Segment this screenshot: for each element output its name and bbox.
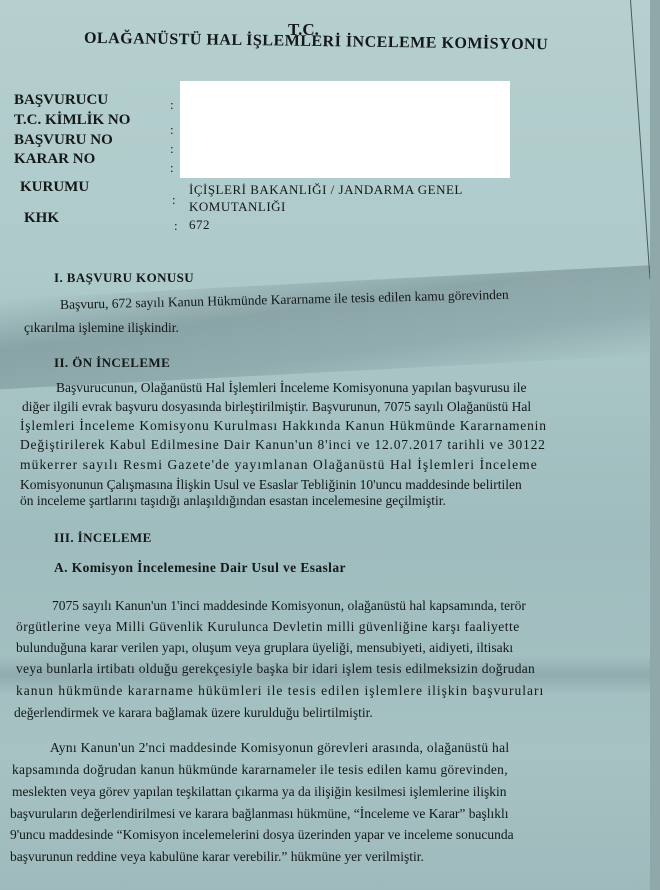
colon: :: [170, 141, 174, 157]
section-heading-3: III. İNCELEME: [54, 530, 152, 546]
field-label-tc-id: T.C. KİMLİK NO: [14, 112, 130, 129]
colon: :: [172, 192, 176, 208]
field-value-institution-line1: İÇİŞLERİ BAKANLIĞI / JANDARMA GENEL: [189, 182, 463, 198]
section-2-line: ön inceleme şartlarını taşıdığı anlaşıld…: [20, 493, 446, 509]
field-value-khk: 672: [189, 217, 210, 233]
redaction-box: [180, 81, 510, 178]
colon: :: [170, 122, 174, 138]
paragraph-2-line: 9'uncu maddesinde “Komisyon incelemeleri…: [10, 827, 514, 843]
section-2-line: mükerrer sayılı Resmi Gazete'de yayımlan…: [20, 457, 538, 473]
paper-edge: [630, 0, 651, 279]
colon: :: [170, 160, 174, 176]
paragraph-1-line: kanun hükmünde kararname hükümleri ile t…: [16, 683, 544, 699]
section-heading-1: I. BAŞVURU KONUSU: [54, 270, 194, 286]
colon: :: [174, 218, 178, 234]
section-2-line: İşlemleri İnceleme Komisyonu Kurulması H…: [20, 418, 547, 434]
section-heading-2: II. ÖN İNCELEME: [54, 355, 170, 371]
section-2-line: Komisyonunun Çalışmasına İlişkin Usul ve…: [20, 477, 522, 493]
field-label-institution: KURUMU: [20, 179, 89, 196]
field-label-applicant: BAŞVURUCU: [14, 92, 108, 109]
paragraph-2-line: meslekten veya görev yapılan teşkilattan…: [12, 784, 507, 800]
paragraph-2-line: başvurunun reddine veya kabulüne karar v…: [10, 849, 424, 865]
paragraph-1-line: 7075 sayılı Kanun'un 1'inci maddesinde K…: [52, 598, 526, 614]
field-label-decision-no: KARAR NO: [14, 151, 95, 168]
paragraph-1-line: veya bunlarla irtibatı olduğu gerekçesiy…: [16, 661, 535, 677]
field-label-application-no: BAŞVURU NO: [14, 132, 113, 149]
document-title: OLAĞANÜSTÜ HAL İŞLEMLERİ İNCELEME KOMİSY…: [84, 30, 548, 54]
paragraph-2-line: kapsamında doğrudan kanun hükmünde karar…: [12, 762, 508, 778]
background-strip: [650, 0, 660, 890]
section-2-line: Başvurucunun, Olağanüstü Hal İşlemleri İ…: [56, 380, 527, 396]
field-value-institution-line2: KOMUTANLIĞI: [189, 199, 286, 215]
section-2-line: Değiştirilerek Kabul Edilmesine Dair Kan…: [20, 437, 546, 453]
document-page: T.C. OLAĞANÜSTÜ HAL İŞLEMLERİ İNCELEME K…: [0, 0, 660, 890]
paragraph-2-line: Aynı Kanun'un 2'nci maddesinde Komisyonu…: [50, 740, 509, 756]
colon: :: [170, 97, 174, 113]
section-1-line: çıkarılma işlemine ilişkindir.: [24, 320, 179, 336]
field-label-khk: KHK: [24, 210, 59, 227]
paragraph-1-line: değerlendirmek ve karara bağlamak üzere …: [14, 705, 373, 721]
paragraph-2-line: başvuruların değerlendirilmesi ve karara…: [10, 806, 509, 822]
paragraph-1-line: bulunduğuna karar verilen yapı, oluşum v…: [16, 640, 513, 656]
subsection-heading-a: A. Komisyon İncelemesine Dair Usul ve Es…: [54, 560, 346, 576]
section-2-line: diğer ilgili evrak başvuru dosyasında bi…: [22, 399, 531, 415]
paragraph-1-line: örgütlerine veya Milli Güvenlik Kurulunc…: [16, 619, 520, 635]
